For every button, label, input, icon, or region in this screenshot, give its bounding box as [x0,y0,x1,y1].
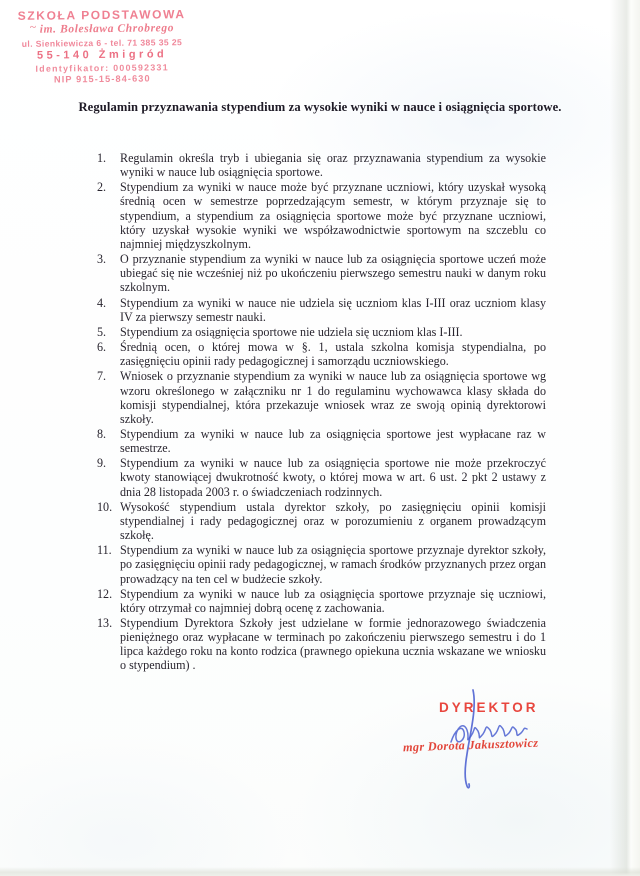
stamp-school-name: SZKOŁA PODSTAWOWA [4,7,200,23]
regulation-item: Wniosek o przyznanie stypendium za wynik… [120,369,546,426]
regulation-item: Stypendium za wyniki w nauce lub za osią… [120,587,546,615]
regulation-item: O przyznanie stypendium za wyniki w nauc… [120,252,546,294]
regulation-list: Regulamin określa tryb i ubiegania się o… [120,151,546,674]
regulation-item: Stypendium za wyniki w nauce lub za osią… [120,456,546,498]
regulation-item: Stypendium Dyrektora Szkoły jest udziela… [120,616,546,673]
stamp-identifier: Identyfikator: 000592331 [4,62,200,74]
regulation-item: Stypendium za wyniki w nauce lub za osią… [120,427,546,455]
signature-block: DYREKTOR mgr Dorota Jakusztowicz [395,700,585,810]
scan-edge-right [610,0,640,876]
scanned-document-page: SZKOŁA PODSTAWOWA ~im. Bolesława Chrobre… [0,0,640,876]
school-stamp: SZKOŁA PODSTAWOWA ~im. Bolesława Chrobre… [4,7,201,86]
stamp-patron-name: im. Bolesława Chrobrego [40,22,174,35]
stamp-city: 55-140 Żmigród [4,48,200,63]
stamp-patron-line: ~im. Bolesława Chrobrego [4,22,200,38]
regulation-item: Średnią ocen, o której mowa w §. 1, usta… [120,340,546,368]
regulation-item: Stypendium za wyniki w nauce może być pr… [120,180,546,251]
regulation-item: Stypendium za osiągnięcia sportowe nie u… [120,325,546,339]
regulation-item: Stypendium za wyniki w nauce nie udziela… [120,296,546,324]
regulation-item: Wysokość stypendium ustala dyrektor szko… [120,500,546,542]
regulation-item: Stypendium za wyniki w nauce lub za osią… [120,543,546,585]
stamp-nip: NIP 915-15-84-630 [4,73,200,86]
document-title: Regulamin przyznawania stypendium za wys… [40,100,600,115]
regulation-item: Regulamin określa tryb i ubiegania się o… [120,151,546,179]
scan-edge-bottom [0,867,640,876]
stamp-address: ul. Sienkiewicza 6 - tel. 71 385 35 25 [4,37,200,49]
stamp-flourish-icon: ~ [30,22,37,36]
